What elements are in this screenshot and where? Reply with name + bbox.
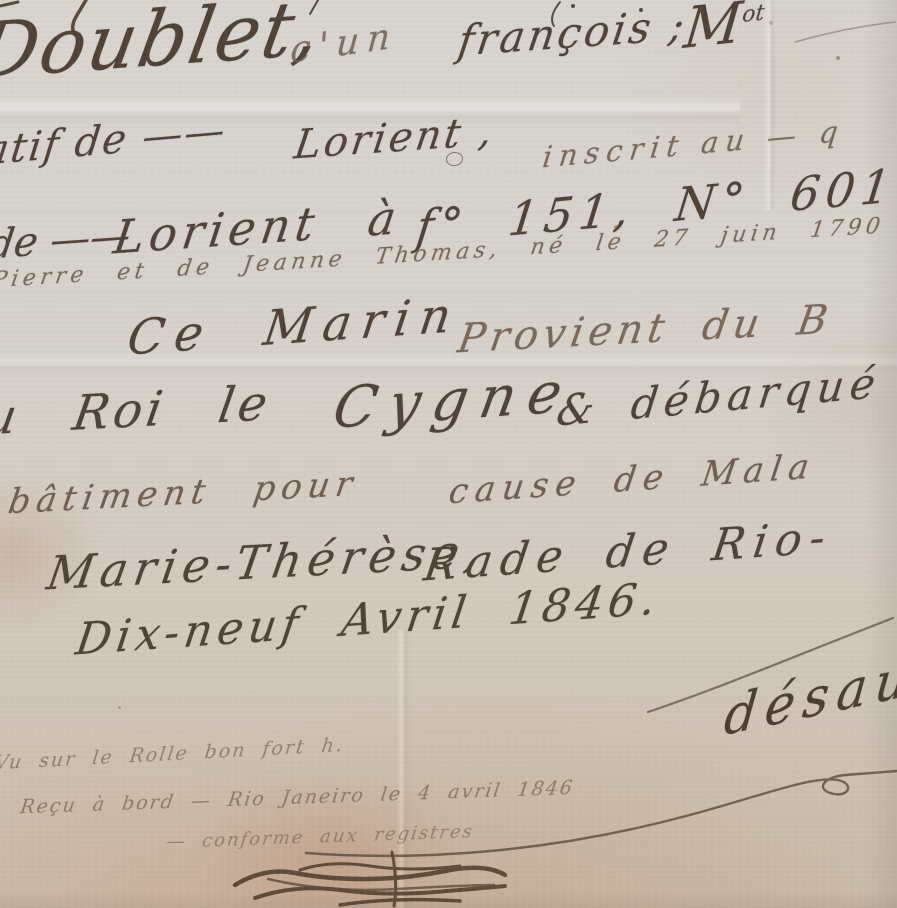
marginal-note-1: Vu sur le Rolle bon fort h. [0, 734, 345, 774]
handwritten-word-francois: françois ; [455, 0, 690, 66]
handwritten-inscrit-au: inscrit au — q [541, 114, 847, 175]
marginal-note-3: — conforme aux registres [165, 821, 475, 853]
paper-edge-shadow [0, 892, 897, 908]
handwritten-debarque: & débarqué [554, 358, 884, 436]
handwritten-word-lorient: Lorient , [291, 108, 498, 169]
handwritten-provient-du: Provient du B [455, 296, 836, 362]
handwritten-batiment-pour: bâtiment pour [6, 464, 362, 523]
circle-flourish-icon [445, 151, 464, 167]
marginal-note-2: Reçu à bord — Rio Janeiro le 4 avril 184… [19, 777, 576, 818]
handwritten-line2-start: atif de —— [0, 107, 229, 175]
ink-speck [836, 56, 840, 60]
vertical-fold-crease [396, 630, 410, 908]
manuscript-photo: Doublet, c'un françois ; Mot atif de —— … [0, 0, 897, 908]
ink-speck [118, 706, 121, 709]
handwritten-abbreviation-matelot: Mot [681, 0, 767, 62]
handwritten-ship-name-cygne: Cygne [328, 359, 579, 442]
handwritten-name-doublet: Doublet, [0, 0, 329, 96]
rust-speck [769, 21, 773, 25]
paper-edge-shadow [863, 0, 897, 908]
superscript: ot [741, 0, 766, 28]
handwritten-ce-marin: Ce Marin [124, 287, 465, 367]
handwritten-du-roi-le: u Roi le [0, 375, 275, 446]
handwritten-cause-de-maladie: cause de Mala [446, 446, 818, 512]
